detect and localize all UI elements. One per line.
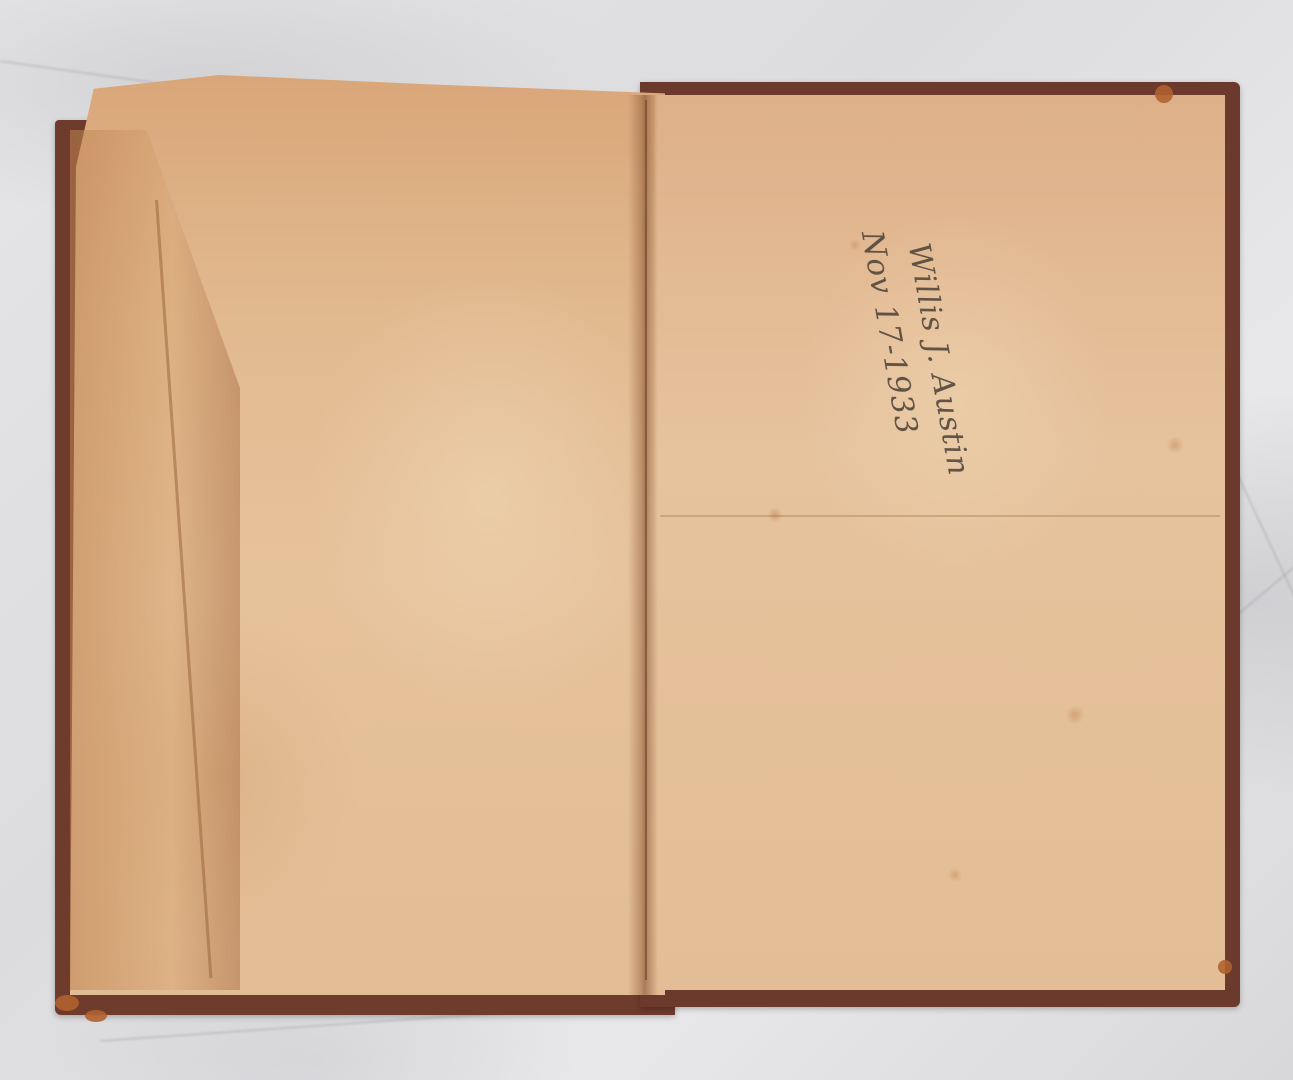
right-endpaper [655, 95, 1225, 990]
open-book: Willis J. Austin Nov 17-1933 [0, 0, 1293, 1080]
hinge-crack [645, 100, 647, 980]
corner-wear [1218, 960, 1232, 974]
page-fold-line [660, 515, 1220, 517]
corner-wear [55, 995, 79, 1011]
corner-wear [1155, 85, 1173, 103]
book-gutter [628, 95, 658, 995]
corner-wear [85, 1010, 107, 1022]
